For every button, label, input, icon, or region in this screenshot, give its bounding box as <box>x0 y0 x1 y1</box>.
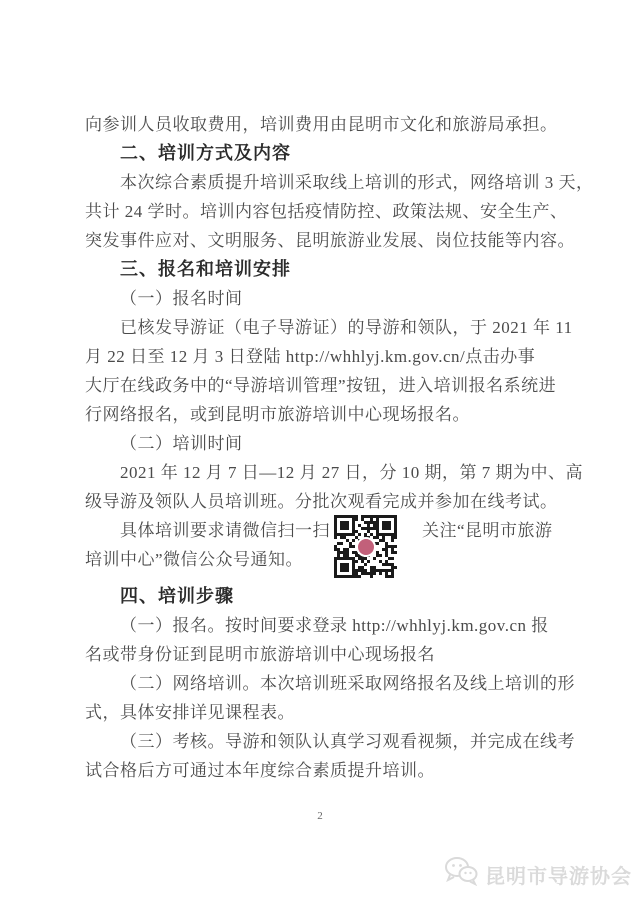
qr-code <box>333 514 399 580</box>
text-line: 2021 年 12 月 7 日—12 月 27 日，分 10 期，第 7 期为中… <box>85 458 559 487</box>
text-line: 具体培训要求请微信扫一扫 <box>120 516 330 545</box>
wechat-icon <box>444 856 478 892</box>
page-number: 2 <box>0 810 640 822</box>
text-line: 培训中心”微信公众号通知。 <box>85 545 303 574</box>
document-body: 向参训人员收取费用，培训费用由昆明市文化和旅游局承担。 二、培训方式及内容 本次… <box>85 110 559 785</box>
text-line: 式，具体安排详见课程表。 <box>85 698 559 727</box>
text-line: （一）报名。按时间要求登录 http://whhlyj.km.gov.cn 报 <box>85 611 559 640</box>
text-line: 突发事件应对、文明服务、昆明旅游业发展、岗位技能等内容。 <box>85 226 559 255</box>
text-line: （三）考核。导游和领队认真学习观看视频，并完成在线考 <box>85 727 559 756</box>
sub-heading: （二）培训时间 <box>85 429 559 458</box>
sub-heading: （一）报名时间 <box>85 284 559 313</box>
document-page: 向参训人员收取费用，培训费用由昆明市文化和旅游局承担。 二、培训方式及内容 本次… <box>0 0 640 905</box>
text-line: 本次综合素质提升培训采取线上培训的形式，网络培训 3 天， <box>85 168 559 197</box>
qr-paragraph: 具体培训要求请微信扫一扫 关注“昆明市旅游 培训中心”微信公众号通知。 <box>85 516 559 582</box>
section-heading: 二、培训方式及内容 <box>85 139 559 168</box>
section-heading: 三、报名和培训安排 <box>85 255 559 284</box>
text-line: 月 22 日至 12 月 3 日登陆 http://whhlyj.km.gov.… <box>85 342 559 371</box>
section-heading: 四、培训步骤 <box>85 582 559 611</box>
text-line: 向参训人员收取费用，培训费用由昆明市文化和旅游局承担。 <box>85 110 559 139</box>
text-line: 试合格后方可通过本年度综合素质提升培训。 <box>85 756 559 785</box>
footer-brand-text: 昆明市导游协会 <box>485 860 632 889</box>
text-line: 已核发导游证（电子导游证）的导游和领队，于 2021 年 11 <box>85 313 559 342</box>
text-line: 大厅在线政务中的“导游培训管理”按钮，进入培训报名系统进 <box>85 371 559 400</box>
qr-center-logo-icon <box>356 537 376 557</box>
text-line: （二）网络培训。本次培训班采取网络报名及线上培训的形 <box>85 669 559 698</box>
footer-watermark: 昆明市导游协会 <box>444 856 632 892</box>
text-line: 级导游及领队人员培训班。分批次观看完成并参加在线考试。 <box>85 487 559 516</box>
text-line: 行网络报名，或到昆明市旅游培训中心现场报名。 <box>85 400 559 429</box>
text-line: 名或带身份证到昆明市旅游培训中心现场报名 <box>85 640 559 669</box>
text-line: 关注“昆明市旅游 <box>422 516 553 545</box>
text-line: 共计 24 学时。培训内容包括疫情防控、政策法规、安全生产、 <box>85 197 559 226</box>
